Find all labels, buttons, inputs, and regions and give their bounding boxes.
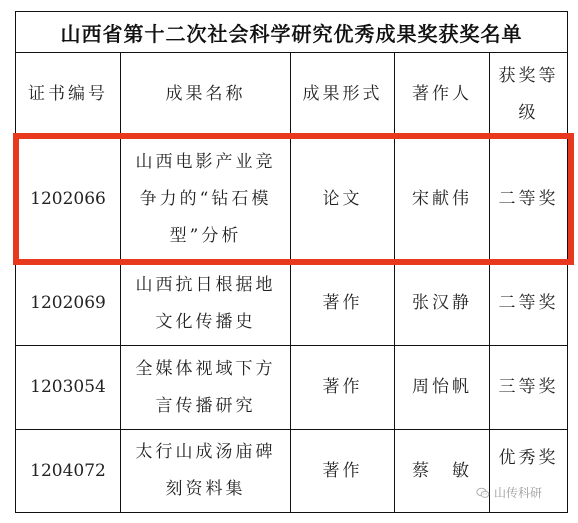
- cert-no: 1204072: [16, 430, 121, 512]
- header-work-name: 成果名称: [121, 53, 291, 136]
- work-type: 著作: [291, 262, 395, 345]
- header-award-level-line2: 级: [499, 95, 559, 132]
- table-title: 山西省第十二次社会科学研究优秀成果奖获奖名单: [16, 12, 567, 53]
- watermark-text: 山传科研: [494, 484, 542, 501]
- work-type: 著作: [291, 346, 395, 429]
- header-cert-no: 证书编号: [16, 53, 121, 136]
- header-work-type: 成果形式: [291, 53, 395, 136]
- header-award-level-line1: 获奖等: [499, 58, 559, 95]
- header-author: 著作人: [395, 53, 490, 136]
- table-row: 1202069 山西抗日根据地 文化传播史 著作 张汉静 二等奖: [16, 262, 567, 346]
- award: 二等奖: [490, 137, 567, 261]
- work-name-line: 刻资料集: [136, 471, 276, 508]
- author: 宋献伟: [395, 137, 490, 261]
- work-name: 太行山成汤庙碑 刻资料集: [121, 430, 291, 512]
- header-award-level: 获奖等 级: [490, 53, 567, 136]
- table-row: 1202066 山西电影产业竞 争力的“钻石模 型”分析 论文 宋献伟 二等奖: [16, 137, 567, 262]
- work-name: 全媒体视域下方 言传播研究: [121, 346, 291, 429]
- work-name: 山西抗日根据地 文化传播史: [121, 262, 291, 345]
- work-name-line: 言传播研究: [136, 388, 276, 425]
- table-row: 1203054 全媒体视域下方 言传播研究 著作 周怡帆 三等奖: [16, 346, 567, 430]
- work-name-line: 全媒体视域下方: [136, 351, 276, 388]
- work-name: 山西电影产业竞 争力的“钻石模 型”分析: [121, 137, 291, 261]
- wechat-icon: [476, 487, 490, 499]
- work-type: 论文: [291, 137, 395, 261]
- author: 周怡帆: [395, 346, 490, 429]
- work-name-line: 争力的“钻石模: [136, 181, 276, 218]
- watermark: 山传科研: [476, 484, 542, 501]
- award: 二等奖: [490, 262, 567, 345]
- awards-table: 山西省第十二次社会科学研究优秀成果奖获奖名单 证书编号 成果名称 成果形式 著作…: [15, 11, 568, 513]
- work-name-line: 型”分析: [136, 218, 276, 255]
- work-name-line: 文化传播史: [136, 304, 276, 341]
- work-name-line: 太行山成汤庙碑: [136, 434, 276, 471]
- cert-no: 1202066: [16, 137, 121, 261]
- work-name-line: 山西电影产业竞: [136, 144, 276, 181]
- header-row: 证书编号 成果名称 成果形式 著作人 获奖等 级: [16, 53, 567, 137]
- cert-no: 1203054: [16, 346, 121, 429]
- cert-no: 1202069: [16, 262, 121, 345]
- award: 三等奖: [490, 346, 567, 429]
- work-name-line: 山西抗日根据地: [136, 267, 276, 304]
- work-type: 著作: [291, 430, 395, 512]
- author: 张汉静: [395, 262, 490, 345]
